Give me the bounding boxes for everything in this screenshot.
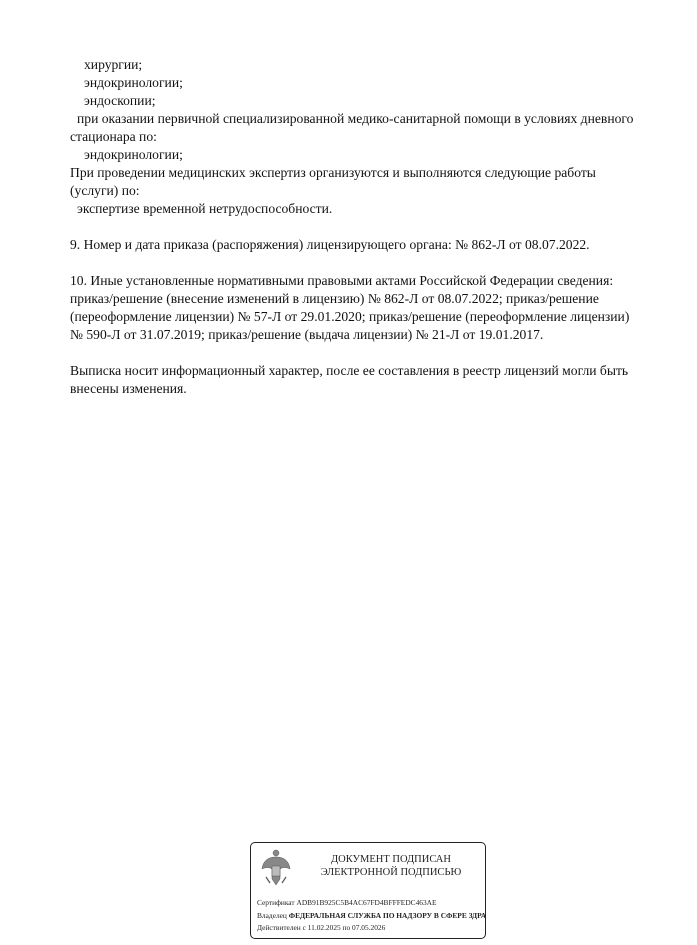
item-10-line: (переоформление лицензии) № 57-Л от 29.0…	[70, 308, 670, 326]
paragraph-line: стационара по:	[70, 128, 670, 146]
note-line: внесены изменения.	[70, 380, 670, 398]
coat-of-arms-icon	[260, 849, 292, 889]
owner-row: Владелец ФЕДЕРАЛЬНАЯ СЛУЖБА ПО НАДЗОРУ В…	[257, 911, 486, 920]
item-9: 9. Номер и дата приказа (распоряжения) л…	[70, 236, 670, 254]
certificate-row: Сертификат ADB91B925C5B4AC67FD4BFFFEDC46…	[257, 898, 437, 907]
list-item: эндокринологии;	[70, 74, 670, 92]
list-item: хирургии;	[70, 56, 670, 74]
validity-row: Действителен с 11.02.2025 по 07.05.2026	[257, 923, 385, 932]
item-10-line: 10. Иные установленные нормативными прав…	[70, 272, 670, 290]
item-10-line: № 590-Л от 31.07.2019; приказ/решение (в…	[70, 326, 670, 344]
list-item: экспертизе временной нетрудоспособности.	[70, 200, 670, 218]
paragraph-line: при оказании первичной специализированно…	[70, 110, 670, 128]
stamp-title: ДОКУМЕНТ ПОДПИСАН ЭЛЕКТРОННОЙ ПОДПИСЬЮ	[301, 853, 481, 879]
list-item: эндоскопии;	[70, 92, 670, 110]
document-body: хирургии; эндокринологии; эндоскопии; пр…	[70, 56, 670, 398]
item-10-line: приказ/решение (внесение изменений в лиц…	[70, 290, 670, 308]
list-item: эндокринологии;	[70, 146, 670, 164]
e-signature-stamp: ДОКУМЕНТ ПОДПИСАН ЭЛЕКТРОННОЙ ПОДПИСЬЮ С…	[250, 842, 486, 939]
paragraph-line: При проведении медицинских экспертиз орг…	[70, 164, 670, 182]
note-line: Выписка носит информационный характер, п…	[70, 362, 670, 380]
paragraph-line: (услуги) по:	[70, 182, 670, 200]
